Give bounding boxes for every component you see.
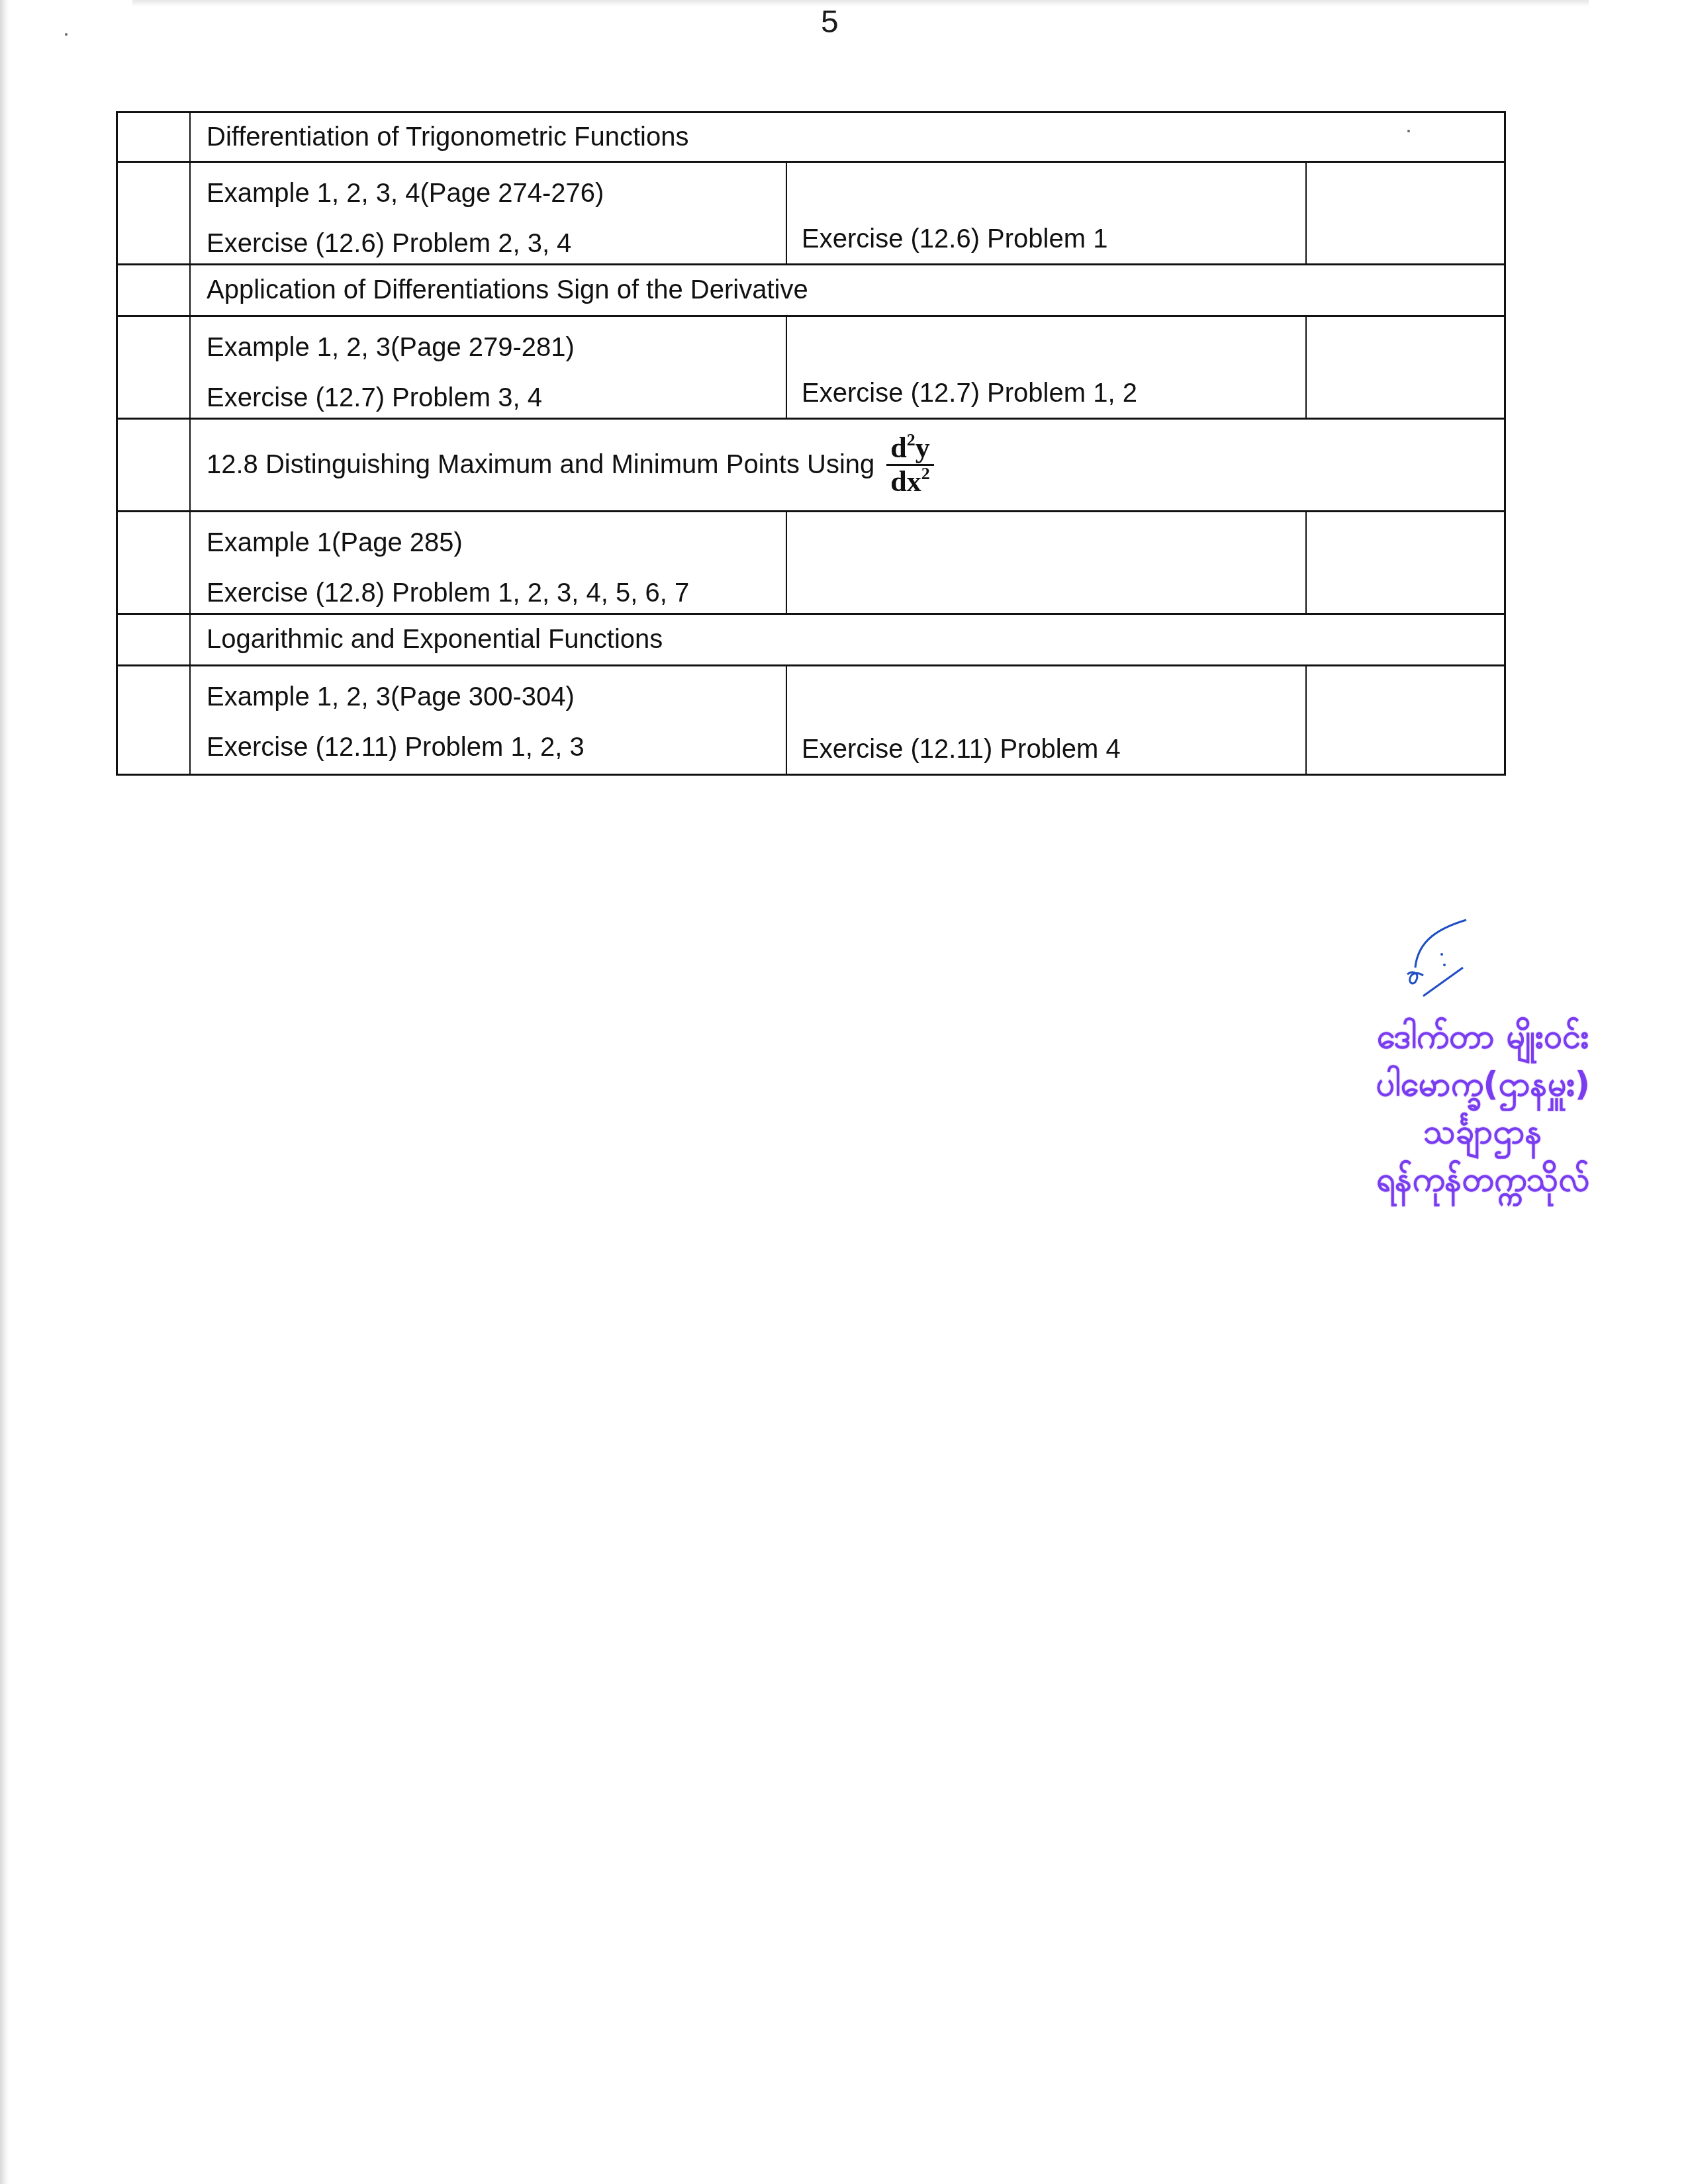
number-cell (118, 163, 191, 263)
fraction-numerator: d2y (886, 432, 933, 464)
official-stamp: ဒေါက်တာ မျိုးဝင်း ပါမောက္ခ(ဌာနမှူး) သင်္… (1350, 1013, 1615, 1203)
number-cell (118, 317, 191, 418)
exercise-text: Exercise (12.8) Problem 1, 2, 3, 4, 5, 6… (207, 568, 786, 618)
exercise-text: Exercise (12.11) Problem 1, 2, 3 (207, 722, 786, 772)
section-heading: 12.8 Distinguishing Maximum and Minimum … (191, 420, 1504, 510)
stamp-line-department: သင်္ချာဌာန (1350, 1108, 1615, 1156)
blank-cell (1307, 512, 1504, 613)
section-heading-row: Logarithmic and Exponential Functions (116, 615, 1506, 666)
scan-speck (65, 33, 68, 36)
extra-content-cell (787, 512, 1307, 613)
scan-edge (0, 0, 9, 2184)
extra-content-cell: Exercise (12.7) Problem 1, 2 (787, 317, 1307, 418)
second-derivative-fraction: d2y dx2 (886, 432, 933, 498)
stamp-line-title: ပါမောက္ခ(ဌာနမှူး) (1350, 1060, 1615, 1108)
stamp-line-university: ရန်ကုန်တက္ကသိုလ် (1350, 1156, 1615, 1203)
scan-speck (1407, 130, 1410, 132)
example-text: Example 1, 2, 3(Page 300-304) (207, 672, 786, 722)
scan-edge-top (132, 0, 1589, 7)
main-content-cell: Example 1, 2, 3(Page 300-304) Exercise (… (191, 666, 787, 774)
main-content-cell: Example 1, 2, 3(Page 279-281) Exercise (… (191, 317, 787, 418)
section-heading-row: Differentiation of Trigonometric Functio… (116, 111, 1506, 163)
example-text: Example 1, 2, 3(Page 279-281) (207, 322, 786, 373)
extra-content-cell: Exercise (12.11) Problem 4 (787, 666, 1307, 774)
number-cell (118, 420, 191, 510)
table-row: Example 1, 2, 3(Page 300-304) Exercise (… (116, 666, 1506, 776)
table-row: Example 1(Page 285) Exercise (12.8) Prob… (116, 512, 1506, 615)
extra-content-cell: Exercise (12.6) Problem 1 (787, 163, 1307, 263)
fraction-denominator: dx2 (886, 464, 933, 498)
section-heading: Logarithmic and Exponential Functions (191, 615, 1504, 664)
section-heading-row: Application of Differentiations Sign of … (116, 265, 1506, 317)
exercise-text: Exercise (12.7) Problem 3, 4 (207, 373, 786, 423)
section-heading-row: 12.8 Distinguishing Maximum and Minimum … (116, 420, 1506, 512)
number-cell (118, 113, 191, 161)
blank-cell (1307, 317, 1504, 418)
number-cell (118, 615, 191, 664)
number-cell (118, 512, 191, 613)
section-heading: Differentiation of Trigonometric Functio… (191, 113, 1504, 161)
example-text: Example 1(Page 285) (207, 518, 786, 568)
table-row: Example 1, 2, 3(Page 279-281) Exercise (… (116, 317, 1506, 420)
main-content-cell: Example 1(Page 285) Exercise (12.8) Prob… (191, 512, 787, 613)
blank-cell (1307, 163, 1504, 263)
blank-cell (1307, 666, 1504, 774)
syllabus-table: Differentiation of Trigonometric Functio… (116, 111, 1506, 776)
page-number: 5 (821, 4, 839, 41)
signature-icon (1377, 913, 1523, 1019)
example-text: Example 1, 2, 3, 4(Page 274-276) (207, 168, 786, 218)
number-cell (118, 666, 191, 774)
section-heading-text: 12.8 Distinguishing Maximum and Minimum … (207, 450, 874, 480)
table-row: Example 1, 2, 3, 4(Page 274-276) Exercis… (116, 163, 1506, 265)
stamp-line-name: ဒေါက်တာ မျိုးဝင်း (1350, 1013, 1615, 1060)
number-cell (118, 265, 191, 315)
main-content-cell: Example 1, 2, 3, 4(Page 274-276) Exercis… (191, 163, 787, 263)
section-heading: Application of Differentiations Sign of … (191, 265, 1504, 315)
exercise-text: Exercise (12.6) Problem 2, 3, 4 (207, 218, 786, 269)
